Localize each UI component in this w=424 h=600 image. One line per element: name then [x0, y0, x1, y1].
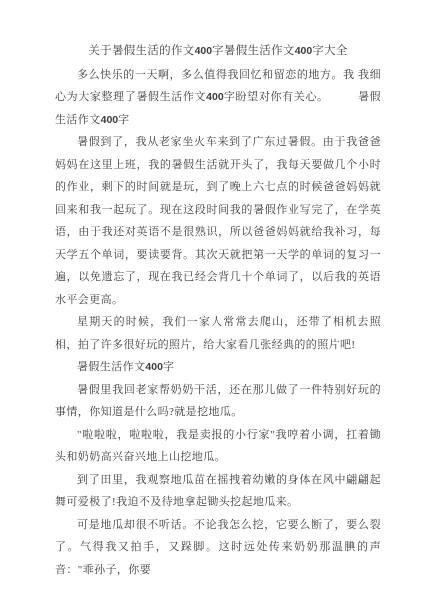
essay-paragraph: 多么快乐的一天啊，多么值得我回忆和留恋的地方。我 我细心为大家整理了暑假生活作文… [55, 64, 381, 132]
essay-paragraph: 暑假里我回老家帮奶奶干活，还在那儿做了一件特别好玩的事情，你知道是什么吗?就是挖… [55, 379, 381, 424]
essay-paragraph: 暑假生活作文400字 [55, 356, 381, 379]
essay-paragraph: 暑假到了，我从老家坐火车来到了广东过暑假。由于我爸爸妈妈在这里上班，我的暑假生活… [55, 131, 381, 311]
essay-body: 多么快乐的一天啊，多么值得我回忆和留恋的地方。我 我细心为大家整理了暑假生活作文… [55, 64, 381, 582]
essay-paragraph: 可是地瓜却很不听话。不论我怎么挖，它要么断了，要么裂了。气得我又拍手，又跺脚。这… [55, 514, 381, 582]
essay-paragraph: 到了田里，我观察地瓜苗在摇拽着幼嫩的身体在风中翩翩起舞可爱极了!我迫不及待地拿起… [55, 469, 381, 514]
essay-paragraph: 星期天的时候，我们一家人常常去爬山，还带了相机去照相，拍了许多很好玩的照片，给大… [55, 311, 381, 356]
essay-title: 关于暑假生活的作文400字暑假生活作文400字大全 [55, 40, 381, 63]
document-page: 关于暑假生活的作文400字暑假生活作文400字大全 多么快乐的一天啊，多么值得我… [0, 0, 424, 600]
essay-paragraph: "啦啦啦，啦啦啦，我是卖报的小行家"我哼着小调，扛着锄头和奶奶高兴奋兴地上山挖地… [55, 424, 381, 469]
